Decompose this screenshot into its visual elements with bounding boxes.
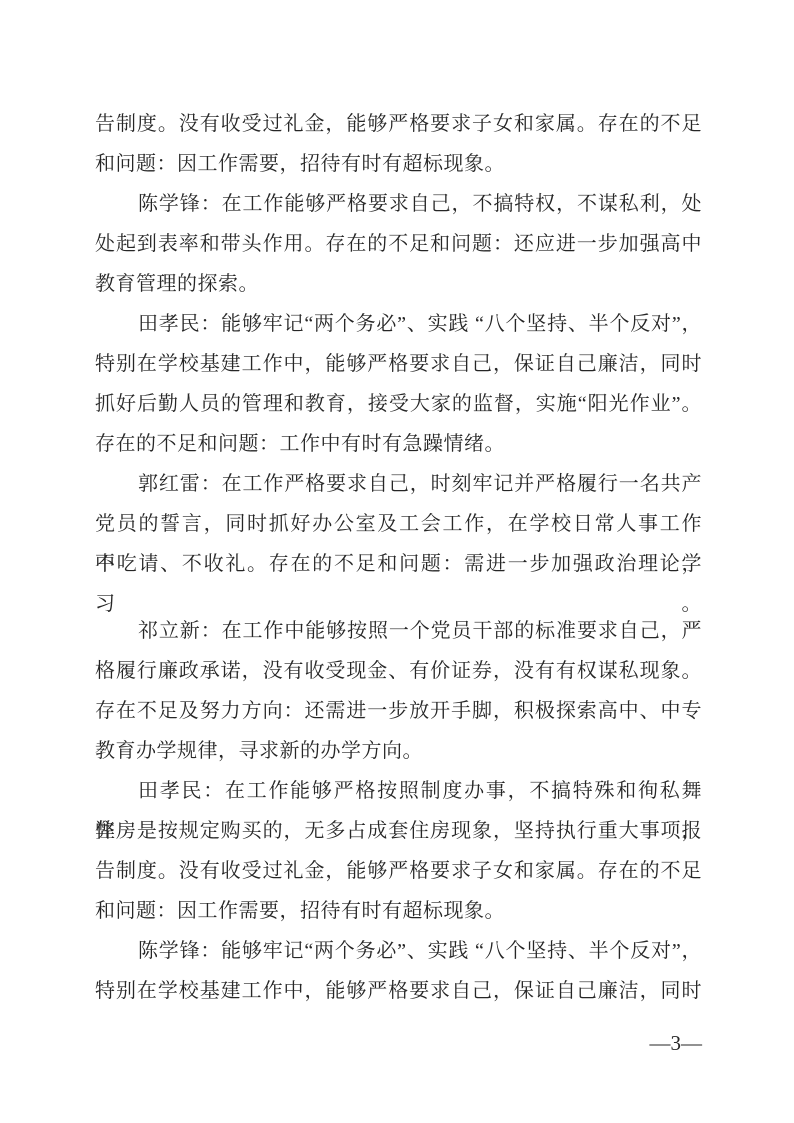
text-line: 教育管理的探索。 [95, 264, 702, 304]
text-line: 抓好后勤人员的管理和教育，接受大家的监督，实施“阳光作业”。 [95, 384, 702, 424]
text-line: 格履行廉政承诺，没有收受现金、有价证券，没有有权谋私现象。 [95, 651, 702, 691]
text-line: 告制度。没有收受过礼金，能够严格要求子女和家属。存在的不足 [95, 104, 702, 144]
text-line: 田孝民：在工作能够严格按照制度办事，不搞特殊和徇私舞弊， [95, 771, 702, 811]
text-line: 祁立新：在工作中能够按照一个党员干部的标准要求自己，严 [95, 611, 702, 651]
text-line: 和问题：因工作需要，招待有时有超标现象。 [95, 891, 702, 931]
text-line: 陈学锋：在工作能够严格要求自己，不搞特权，不谋私利，处 [95, 184, 702, 224]
text-line: 郭红雷：在工作严格要求自己，时刻牢记并严格履行一名共产 [95, 464, 702, 504]
text-line: 住房是按规定购买的，无多占成套住房现象，坚持执行重大事项报 [95, 811, 702, 851]
text-line: 陈学锋：能够牢记“两个务必”、实践 “八个坚持、半个反对”， [95, 931, 702, 971]
text-line: 存在的不足和问题：工作中有时有急躁情绪。 [95, 424, 702, 464]
text-line: 处起到表率和带头作用。存在的不足和问题：还应进一步加强高中 [95, 224, 702, 264]
text-line: 田孝民：能够牢记“两个务必”、实践 “八个坚持、半个反对”， [95, 304, 702, 344]
text-line: 和问题：因工作需要，招待有时有超标现象。 [95, 144, 702, 184]
page-number: —3— [650, 1028, 703, 1058]
document-page: 告制度。没有收受过礼金，能够严格要求子女和家属。存在的不足 和问题：因工作需要，… [0, 0, 794, 1123]
text-line: 党员的誓言，同时抓好办公室及工会工作，在学校日常人事工作中， [95, 504, 702, 544]
text-line: 教育办学规律，寻求新的办学方向。 [95, 731, 702, 771]
text-line: 特别在学校基建工作中，能够严格要求自己，保证自己廉洁，同时 [95, 971, 702, 1011]
text-line: 特别在学校基建工作中，能够严格要求自己，保证自己廉洁，同时 [95, 344, 702, 384]
text-line: 不吃请、不收礼。存在的不足和问题：需进一步加强政治理论学习。 [95, 544, 702, 584]
document-body: 告制度。没有收受过礼金，能够严格要求子女和家属。存在的不足 和问题：因工作需要，… [95, 104, 702, 1011]
text-line: 告制度。没有收受过礼金，能够严格要求子女和家属。存在的不足 [95, 851, 702, 891]
text-line: 存在不足及努力方向：还需进一步放开手脚，积极探索高中、中专 [95, 691, 702, 731]
